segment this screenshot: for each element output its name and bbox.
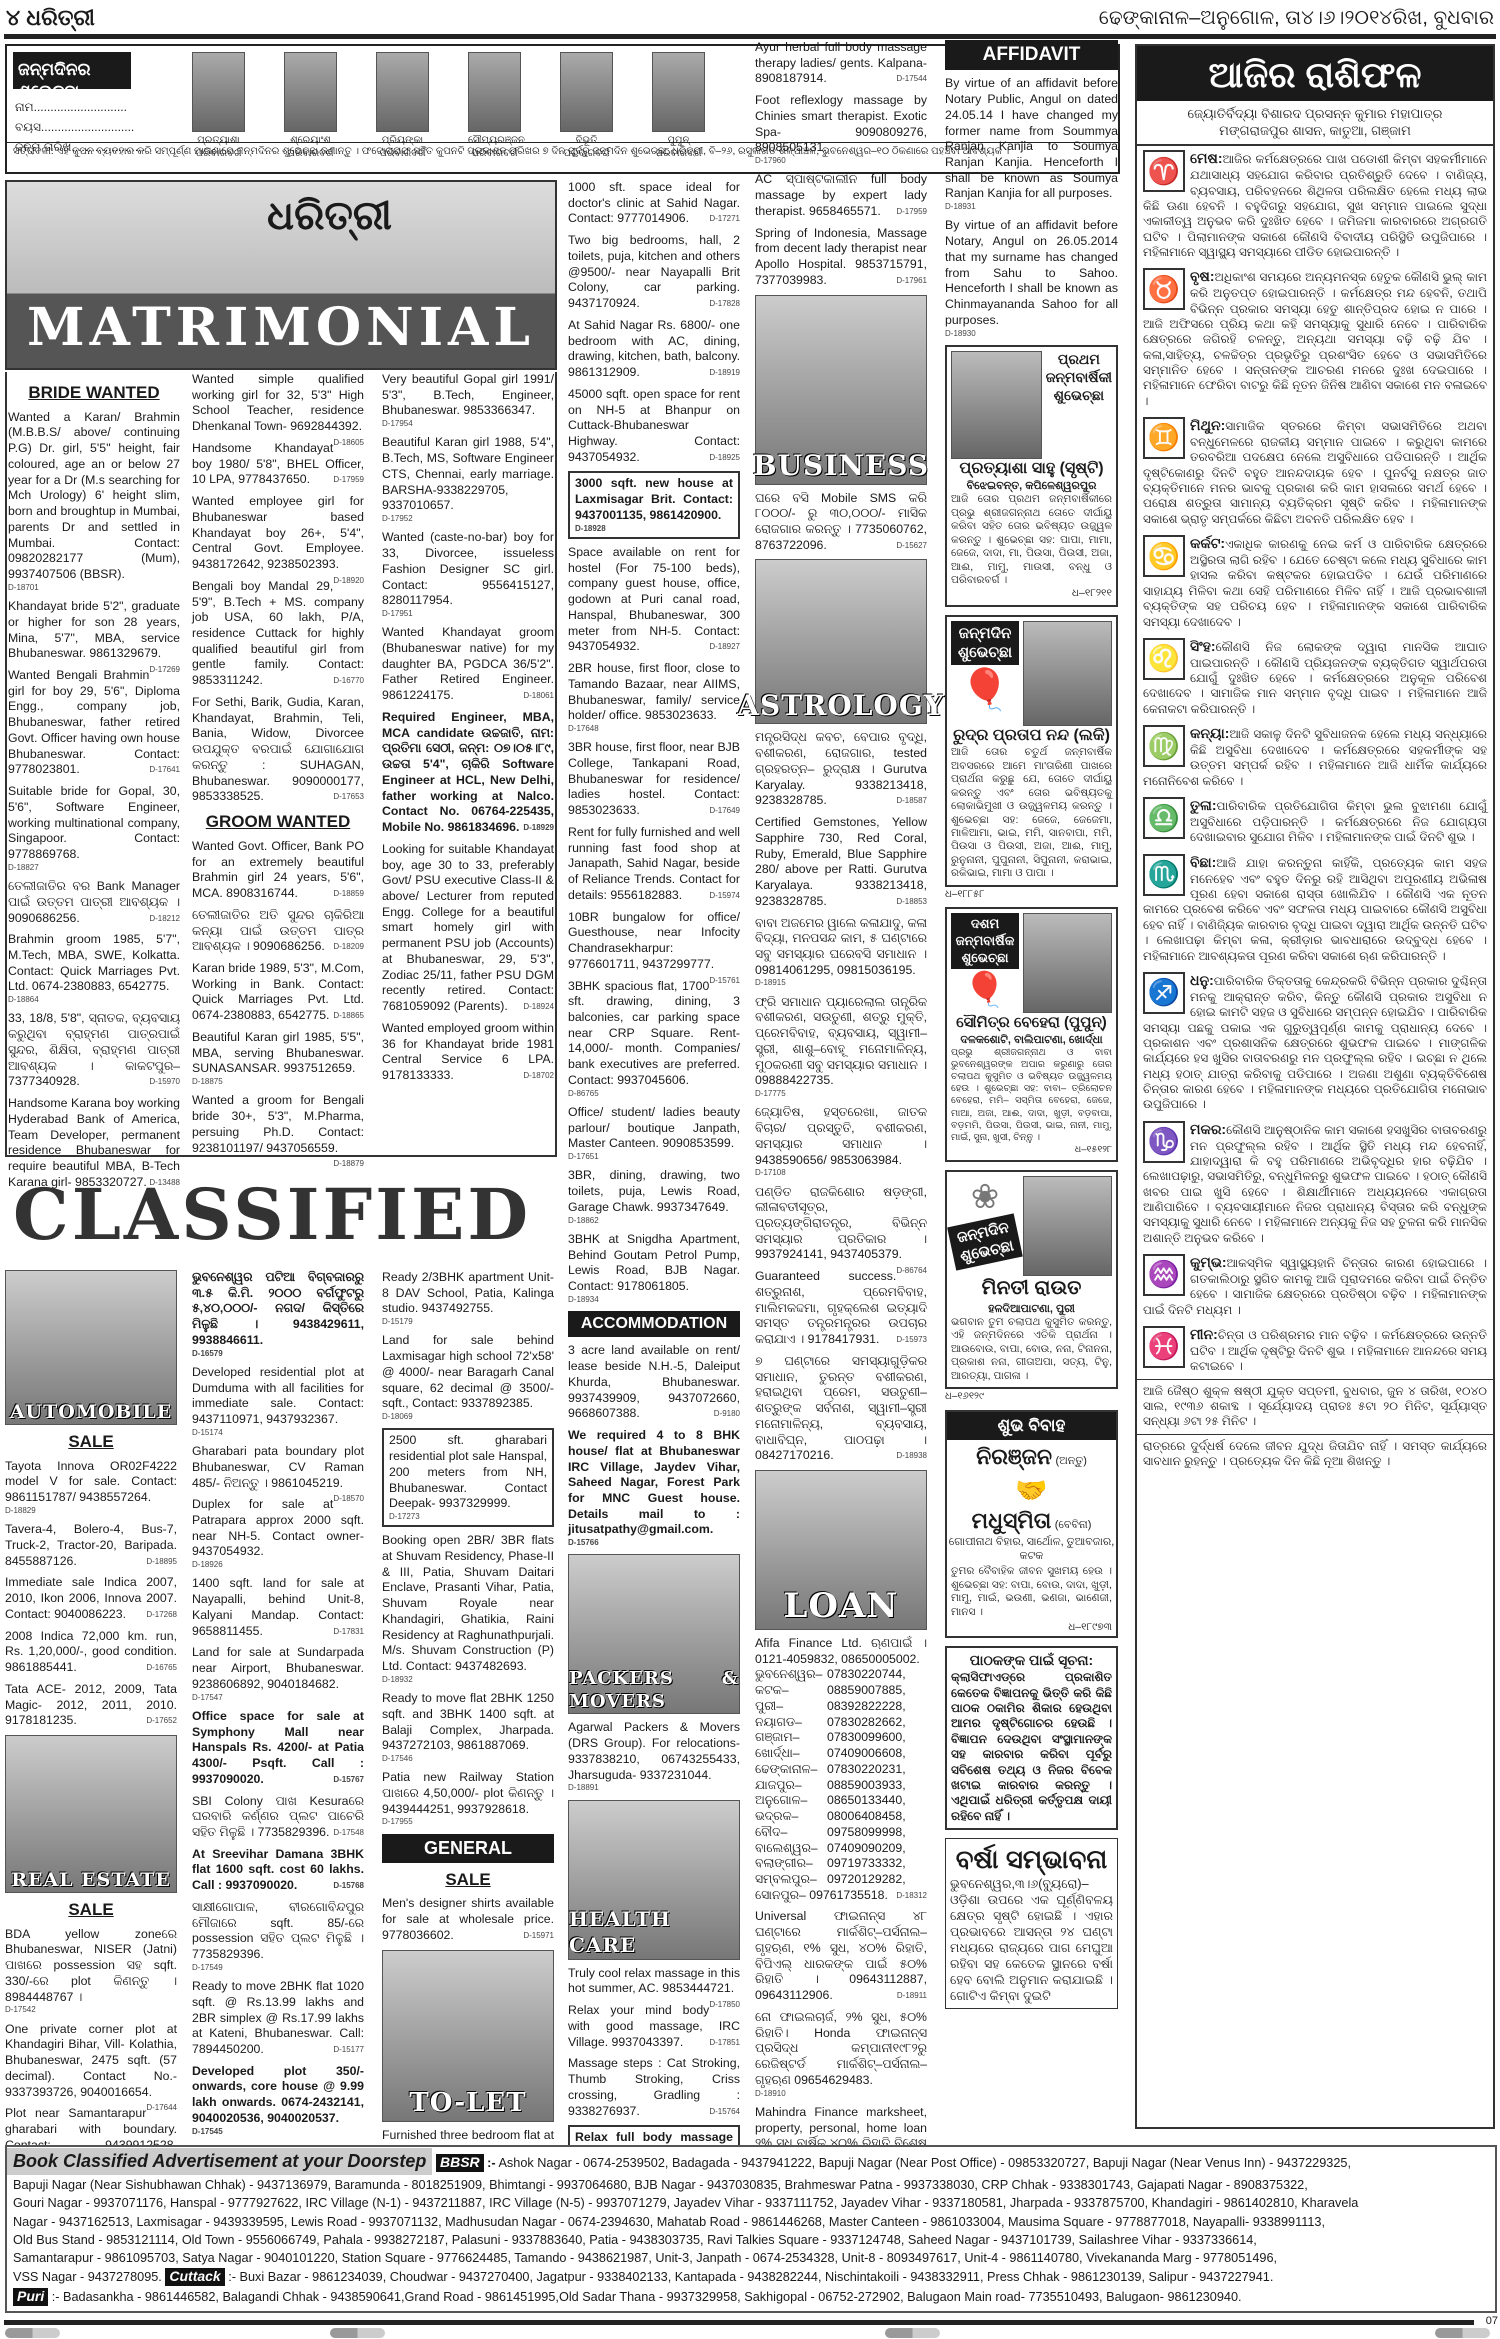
booking-line: Bapuji Nagar (Near Sishubhawan Chhak) - … bbox=[7, 2176, 1495, 2194]
branch-row: ବଲାଙ୍ଗୀର–09719733332, bbox=[755, 1856, 927, 1872]
greeting-card: ❀ଜନ୍ମଦିନ ଶୁଭେଚ୍ଛା ମିନତୀ ରାଉତ ହଳଦିଆପାଟଣା,… bbox=[945, 1170, 1118, 1389]
branch-row: ନୟାଗଡ–07830282662, bbox=[755, 1715, 927, 1731]
classified-ad: Wanted a Karan/ Brahmin (M.B.B.S/ above/… bbox=[8, 410, 180, 593]
booking-heading: Book Classified Advertisement at your Do… bbox=[7, 2148, 432, 2175]
loan-intro: Afifa Finance Ltd. ଋଣପାଇଁ । 0121-4059832… bbox=[755, 1636, 927, 1667]
zodiac-libra: ♎ତୁଳା:ପାରିବାରିକ ପ୍ରତିଯୋଗିତା କିମ୍ବା ଭୁଲ ବ… bbox=[1137, 793, 1493, 850]
classified-ad: Developed plot 350/- onwards, core house… bbox=[192, 2064, 364, 2137]
zodiac-cancer: ♋କର୍କଟ:ଏକାଧିକ କାରଣକୁ ନେଇ କର୍ମ ଓ ପାରିବାରି… bbox=[1137, 531, 1493, 634]
accommodation-heading: ACCOMMODATION bbox=[568, 1311, 740, 1337]
branch-row: ବୌଦ–09758099998, bbox=[755, 1825, 927, 1841]
classified-ad: Tata ACE- 2012, 2009, Tata Magic- 2012, … bbox=[5, 1682, 177, 1729]
classified-ad: Land for sale behind Laxmisagar high sch… bbox=[382, 1333, 554, 1422]
classified-ad: ବାବା ଅଜମେର ୱାଲେ କଳାଯାଦୁ, କଳା ବିଦ୍ୟା, ମନପ… bbox=[755, 916, 927, 989]
classified-ad: One private corner plot at Khandagiri Bi… bbox=[5, 2022, 177, 2101]
greeting-name: ରୁଦ୍ର ପ୍ରତାପ ନନ୍ଦ (ଲକି) bbox=[951, 726, 1112, 746]
matrimonial-column-2: Wanted simple qualified working girl for… bbox=[192, 372, 364, 1170]
person-photo bbox=[1023, 1176, 1112, 1276]
greeting-tag: ଜନ୍ମଦିନ ଶୁଭେଚ୍ଛା bbox=[947, 1213, 1023, 1271]
kid-photo bbox=[560, 52, 613, 132]
notice-title: ପାଠକଙ୍କ ପାଇଁ ସୂଚନା: bbox=[951, 1652, 1112, 1670]
matrimonial-title: MATRIMONIAL bbox=[7, 295, 555, 362]
classified-ad: Duplex for sale at Patrapara approx 2000… bbox=[192, 1497, 364, 1570]
bride-wanted-heading: BRIDE WANTED bbox=[8, 382, 180, 404]
classified-ad: 2BR house, first floor, close to Tamando… bbox=[568, 661, 740, 734]
flats-column: Ready 2/3BHK apartment Unit-8 DAV School… bbox=[382, 1270, 554, 2197]
kid-photo bbox=[468, 52, 521, 132]
greeting-id: ଧ–୧୫୧୨୮ bbox=[951, 1144, 1112, 1156]
horoscope-panel: ଆଜିର ରାଶିଫଳ ଜ୍ୟୋତିର୍ବିଦ୍ୟା ବିଶାରଦ ପ୍ରସନ୍… bbox=[1135, 44, 1495, 2129]
rain-body: ଭୁବନେଶ୍ୱର,୩।୬(ବ୍ୟୁରୋ)– ଓଡ଼ିଶା ଉପରେ ଏକ ଘୂ… bbox=[950, 1876, 1113, 2004]
classified-ad: Brahmin groom 1985, 5'7", M.Tech, MBA, S… bbox=[8, 932, 180, 1005]
greeting-place: ହଳଦିଆପାଟଣା, ପୁରୀ bbox=[951, 1302, 1112, 1316]
libra-icon: ♎ bbox=[1143, 797, 1185, 839]
classified-ad: Gharabari pata boundary plot Bhubaneswar… bbox=[192, 1444, 364, 1491]
classified-ad: Immediate sale Indica 2007, 2010, Ikon 2… bbox=[5, 1575, 177, 1622]
registration-mark bbox=[885, 2328, 940, 2338]
classified-ad: 1000 sft. space ideal for doctor's clini… bbox=[568, 180, 740, 227]
automobile-sale-heading: SALE bbox=[5, 1431, 177, 1453]
classified-ad: 2008 Indica 72,000 km. run, Rs. 1,20,000… bbox=[5, 1629, 177, 1676]
classified-ad: Booking open 2BR/ 3BR flats at Shuvam Re… bbox=[382, 1533, 554, 1685]
pisces-icon: ♓ bbox=[1143, 1326, 1185, 1368]
classified-ad: Khandayat bride 5'2", graduate or higher… bbox=[8, 599, 180, 662]
booking-line: Ashok Nagar - 0674-2539502, Badagada - 9… bbox=[498, 2156, 1351, 2170]
rain-title: ବର୍ଷା ସମ୍ଭାବନା bbox=[950, 1843, 1113, 1876]
notice-body: କ୍ଲାସିଫାଏଡ୍‌ରେ ପ୍ରକାଶିତ କେତେକ ବିଜ୍ଞାପନକୁ… bbox=[951, 1670, 1112, 1824]
classified-ad: We required 4 to 8 BHK house/ flat at Bh… bbox=[568, 1428, 740, 1548]
classified-ad: Looking for suitable Khandayat boy, age … bbox=[382, 842, 554, 1015]
branch-row: ବାଲେଶ୍ୱର–07409090209, bbox=[755, 1841, 927, 1857]
classified-ad: Wanted (caste-no-bar) boy for 33, Divorc… bbox=[382, 530, 554, 619]
classified-ad: At Sreevihar Damana 3BHK flat 1600 sqft.… bbox=[192, 1847, 364, 1894]
wedding-id: ଧ–୧୮୯୭୩ bbox=[947, 1621, 1116, 1636]
classified-ad: ଫ୍ରି ସମାଧାନ ପ୍ୟାରେଲାଲ ତାନ୍ତ୍ରିକ ବଶୀକରଣ, … bbox=[755, 995, 927, 1100]
child-photo bbox=[1023, 621, 1112, 726]
classified-ad: 33, 18/8, 5'8", ସ୍ନାତକ, ବ୍ୟବସାୟ କରୁଥିବା … bbox=[8, 1011, 180, 1090]
greeting-tag: ଦଶମ ଜନ୍ମବାର୍ଷିକ ଶୁଭେଚ୍ଛା bbox=[951, 913, 1019, 969]
zodiac-capricorn: ♑ମକର:କୌଣସି ଆନୁଷ୍ଠାନିକ କାମ ସକାଶେ ହସଖୁସିର … bbox=[1137, 1117, 1493, 1250]
classified-ad-boxed: 3000 sqft. new house at Laxmisagar Brit.… bbox=[568, 471, 740, 538]
classified-ad: Suitable bride for Gopal, 30, 5'6", Soft… bbox=[8, 784, 180, 873]
horoscope-author: ଜ୍ୟୋତିର୍ବିଦ୍ୟା ବିଶାରଦ ପ୍ରସନ୍ନ କୁମାର ମହାପ… bbox=[1137, 101, 1493, 146]
real-estate-image: REAL ESTATE bbox=[5, 1735, 177, 1893]
classified-ad: Wanted a groom for Bengali bride 30+, 5'… bbox=[192, 1093, 364, 1156]
classified-ad: Required Engineer, MBA, MCA candidate ଉଚ… bbox=[382, 710, 554, 836]
classified-ad: ମନ୍ତ୍ରସିଦ୍ଧ କବଚ, ବେପାର ବୃଦ୍ଧି, ବଶୀକରଣ, ର… bbox=[755, 730, 927, 809]
page-label: ୪ ଧରିତ୍ରୀ bbox=[6, 4, 95, 32]
greeting-place: ବିଝେଇବନ୍ତ, କପିଳେଶ୍ୱରପୁର bbox=[951, 479, 1112, 493]
classified-ad: Beautiful Karan girl 1988, 5'4", B.Tech,… bbox=[382, 435, 554, 524]
kid-photo bbox=[376, 52, 429, 132]
classified-ad: Men's designer shirts available for sale… bbox=[382, 1896, 554, 1943]
greeting-card: ପ୍ରଥମ ଜନ୍ମବାର୍ଷିକୀ ଶୁଭେଚ୍ଛା ପ୍ରତ୍ୟାଶା ସା… bbox=[945, 345, 1118, 607]
classified-ad: Wanted Bengali Brahmin girl for boy 29, … bbox=[8, 668, 180, 778]
virgo-icon: ♍ bbox=[1143, 725, 1185, 767]
wedding-card: ଶୁଭ ବିବାହ ନିରଞ୍ଜନ (ଅନ୍ତୁ) 🤝 ମଧୁସ୍ମିତା (ବ… bbox=[945, 1410, 1118, 1639]
capricorn-icon: ♑ bbox=[1143, 1121, 1185, 1163]
classified-ad: 10BR bungalow for office/ Guesthouse, ne… bbox=[568, 910, 740, 973]
bride-nick: (ବେବିନା) bbox=[1055, 1519, 1092, 1531]
age-field[interactable]: ବୟସ............................ bbox=[15, 120, 134, 135]
classified-ad: ତେଲୀଜାତିର ଅତି ସୁନ୍ଦର ଚାକିରିଆ କନ୍ୟା ପାଇଁ … bbox=[192, 908, 364, 955]
booking-line: Gouri Nagar - 9937071176, Hanspal - 9777… bbox=[7, 2194, 1495, 2212]
classified-ad: Wanted Govt. Officer, Bank PO for an ext… bbox=[192, 839, 364, 902]
matrimonial-column-3: Very beautiful Gopal girl 1991/ 5'3", B.… bbox=[382, 372, 554, 1090]
classified-ad: ଘରେ ବସି Mobile SMS କରି ୮୦୦୦/- ରୁ ୩୦,୦୦୦/… bbox=[755, 491, 927, 554]
classified-ad: Office space for sale at Symphony Mall n… bbox=[192, 1709, 364, 1788]
bride-name: ମଧୁସ୍ମିତା bbox=[972, 1508, 1052, 1533]
leo-icon: ♌ bbox=[1143, 638, 1185, 680]
zodiac-taurus: ♉ବୃଷ:ଅଧିକାଂଶ ସମୟରେ ଅନ୍ୟମନସ୍କ ହେତୁକ କୌଣସି… bbox=[1137, 264, 1493, 413]
zodiac-leo: ♌ସିଂହ:କୌଣସି ନିଜ ଲୋକଙ୍କ ଦ୍ୱାରା ମାନସିକ ଆଘା… bbox=[1137, 634, 1493, 721]
aquarius-icon: ♒ bbox=[1143, 1254, 1185, 1296]
classified-ad: Ready 2/3BHK apartment Unit-8 DAV School… bbox=[382, 1270, 554, 1327]
gemini-icon: ♊ bbox=[1143, 417, 1185, 459]
footer-rule bbox=[4, 2320, 1474, 2325]
rent-column: 1000 sft. space ideal for doctor's clini… bbox=[568, 180, 740, 2236]
greeting-place: ଦଳକଶୋଟି, ବାଲିପାଟଣା, ଖୋର୍ଦ୍ଧା bbox=[951, 1033, 1112, 1047]
classified-ad: Foot reflexlogy massage by Chinies smart… bbox=[755, 93, 927, 166]
classified-ad: Tayota Innova OR02F4222 model V for sale… bbox=[5, 1459, 177, 1516]
greeting-message: ଆଜି ତୋର ପ୍ରଥମ ଜନ୍ମବାର୍ଷିକୀରେ ପ୍ରଭୁ ଶ୍ରୀଜ… bbox=[951, 493, 1112, 587]
classified-ad: ଭୁବନେଶ୍ୱର ପଟିଆ ବିଗ୍‌ବଜାରରୁ ୩.୫ କି.ମି. ୨୦… bbox=[192, 1270, 364, 1359]
horoscope-footer-text: ରାତ୍ରରେ ଦୁର୍ଦ୍ଧର୍ଷ ଦେଲେ ଜୀବନ ଯୁଦ୍ଧ ଜିତାଯ… bbox=[1137, 1434, 1493, 1474]
greeting-name: ପ୍ରତ୍ୟାଶା ସାହୁ (ସୃଷ୍ଟି) bbox=[951, 459, 1112, 479]
classified-ad: At Sahid Nagar Rs. 6800/- one bedroom wi… bbox=[568, 318, 740, 381]
booking-line: Samantarapur - 9861095703, Satya Nagar -… bbox=[7, 2249, 1495, 2267]
greeting-card: ଜନ୍ମଦିନ ଶୁଭେଚ୍ଛା🎈 ରୁଦ୍ର ପ୍ରତାପ ନନ୍ଦ (ଲକି… bbox=[945, 615, 1118, 887]
booking-line: VSS Nagar - 9437278095. bbox=[13, 2270, 162, 2284]
coupon-title: ଜନ୍ମଦିନର ଶୁଭେଚ୍ଛା bbox=[13, 52, 131, 89]
loan-branches: Afifa Finance Ltd. ଋଣପାଇଁ । 0121-4059832… bbox=[755, 1636, 927, 1903]
rain-forecast: ବର୍ଷା ସମ୍ଭାବନା ଭୁବନେଶ୍ୱର,୩।୬(ବ୍ୟୁରୋ)– ଓଡ… bbox=[945, 1838, 1118, 2009]
registration-mark bbox=[330, 2328, 385, 2338]
classified-ad: Ready to move 2BHK flat 1020 sqft. @ Rs.… bbox=[192, 1979, 364, 2058]
affidavit-column: AFFIDAVIT By virtue of an affidavit befo… bbox=[945, 40, 1118, 2017]
astrology-image: ASTROLOGY bbox=[755, 559, 927, 724]
classified-ad: Rent for fully furnished and well runnin… bbox=[568, 825, 740, 904]
groom-name: ନିରଞ୍ଜନ bbox=[976, 1444, 1052, 1469]
classified-ad: Wanted simple qualified working girl for… bbox=[192, 372, 364, 435]
services-column: Ayur herbal full body massage therapy la… bbox=[755, 40, 927, 2205]
classified-ad: Karan bride 1989, 5'3", M.Com, Working i… bbox=[192, 961, 364, 1024]
classified-ad: Patia new Railway Station ପାଖରେ 4,50,000… bbox=[382, 1770, 554, 1827]
flowers-icon: ❀ bbox=[951, 1176, 1019, 1220]
zodiac-gemini: ♊ମିଥୁନ:ସାମାଜିକ ସ୍ତରରେ କିମ୍ବା ସଭାସମିତିରେ … bbox=[1137, 413, 1493, 531]
greeting-message: ଆଜି ତୋର ଚତୁର୍ଥ ଜନ୍ମବାର୍ଷିକ ଅବସରରେ ଆମେ ମା… bbox=[951, 746, 1112, 880]
classified-ad: Wanted employed groom within 36 for Khan… bbox=[382, 1021, 554, 1084]
greeting-message: ପ୍ରଭୁ ଶ୍ରୀଜଗନ୍ନାଥ ଓ ବାବା ଭୁବନେଶ୍ୱରଙ୍କ ଅପ… bbox=[951, 1047, 1112, 1144]
aries-icon: ♈ bbox=[1143, 150, 1185, 192]
zodiac-aquarius: ♒କୁମ୍ଭ:ଆକସ୍ମିକ ସ୍ୱାସ୍ଥ୍ୟହାନି ଚିନ୍ତାର କାର… bbox=[1137, 1250, 1493, 1322]
greeting-name: ମିନତୀ ରାଉତ bbox=[951, 1276, 1112, 1302]
greeting-name: ସୌମିତ୍ର ବେହେରା (ପୁପୁନ୍) bbox=[951, 1013, 1112, 1032]
balloons-icon: 🎈 bbox=[951, 969, 1019, 1013]
classified-ad: Guaranteed success. ଶତ୍ରୁନାଶ, ପ୍ରେମବିବାହ… bbox=[755, 1269, 927, 1348]
classified-ad: Universal ଫାଇନାନ୍ସ ୪୮ ଘଣ୍ଟାରେ ମାର୍କଶିଟ୍–… bbox=[755, 1909, 927, 2003]
greeting-tag: ପ୍ରଥମ ଜନ୍ମବାର୍ଷିକୀ ଶୁଭେଚ୍ଛା bbox=[1046, 351, 1112, 459]
land-sale-column: ଭୁବନେଶ୍ୱର ପଟିଆ ବିଗ୍‌ବଜାରରୁ ୩.୫ କି.ମି. ୨୦… bbox=[192, 1270, 364, 2212]
registration-mark bbox=[5, 2328, 60, 2338]
classified-ad: Massage steps : Cat Stroking, Thumb Stro… bbox=[568, 2056, 740, 2119]
horoscope-title: ଆଜିର ରାଶିଫଳ bbox=[1137, 46, 1493, 101]
classified-ad: Bengali boy Mandal 29, 5'9", B.Tech + MS… bbox=[192, 579, 364, 689]
classified-ad: Agarwal Packers & Movers (DRS Group). Fo… bbox=[568, 1720, 740, 1793]
classified-ad: 3BR house, first floor, near BJB College… bbox=[568, 740, 740, 819]
health-care-image: HEALTH CARE bbox=[568, 1800, 740, 1960]
scorpio-icon: ♏ bbox=[1143, 854, 1185, 896]
to-let-image: TO-LET bbox=[382, 1950, 554, 2122]
classified-ad: Wanted employee girl for Bhubaneswar bas… bbox=[192, 494, 364, 573]
puri-label: Puri bbox=[13, 2288, 48, 2306]
balloons-icon: 🎈 bbox=[951, 665, 1019, 716]
classified-ad: By virtue of an affidavit before Notary … bbox=[945, 76, 1118, 212]
classified-ad: Truly cool relax massage in this hot sum… bbox=[568, 1966, 740, 1997]
classified-ad: Beautiful Karan girl 1985, 5'5", MBA, se… bbox=[192, 1030, 364, 1087]
automobile-realestate-column: AUTOMOBILE SALE Tayota Innova OR02F4222 … bbox=[5, 1270, 177, 2175]
classified-ad: 3BR, dining, drawing, two toilets, puja,… bbox=[568, 1168, 740, 1225]
loan-image: LOAN bbox=[755, 1470, 927, 1630]
child-photo bbox=[1023, 913, 1112, 1013]
classified-title: CLASSIFIED bbox=[5, 1170, 557, 1260]
classified-ad: Tavera-4, Bolero-4, Bus-7, Truck-2, Trac… bbox=[5, 1522, 177, 1569]
branch-row: ସୋନପୁର– 09761735518.D-18312 bbox=[755, 1888, 927, 1904]
zodiac-virgo: ♍କନ୍ୟା:ଆଜି ସକାଳୁ ଦିନଟି ସୁବିଧାଜନକ ହେଲେ ମଧ… bbox=[1137, 721, 1493, 793]
kid-photo bbox=[652, 52, 705, 132]
bbsr-label: BBSR bbox=[436, 2154, 484, 2172]
greeting-id: ଧ–୧୮୨୧୧ bbox=[951, 587, 1112, 600]
classified-ad: Land for sale at Sundarpada near Airport… bbox=[192, 1645, 364, 1702]
handshake-icon: 🤝 bbox=[947, 1474, 1116, 1507]
automobile-image: AUTOMOBILE bbox=[5, 1270, 177, 1425]
child-photo bbox=[951, 351, 1042, 459]
classified-ad: ନୋ ଫାଇଲଚାର୍ଜ, ୨% ସୁଧ, ୫୦% ରିହାତି। Honda … bbox=[755, 2010, 927, 2099]
classified-ad: By virtue of an affidavit before Notary,… bbox=[945, 218, 1118, 338]
branch-row: କଟକ–08859007885, bbox=[755, 1683, 927, 1699]
greeting-tag: ଜନ୍ମଦିନ ଶୁଭେଚ୍ଛା bbox=[951, 621, 1019, 665]
classified-ad-boxed: 2500 sft. gharabari residential plot sal… bbox=[382, 1428, 554, 1527]
reader-notice: ପାଠକଙ୍କ ପାଇଁ ସୂଚନା: କ୍ଲାସିଫାଏଡ୍‌ରେ ପ୍ରକା… bbox=[945, 1646, 1118, 1830]
classified-ad: 3BHK spacious flat, 1700 sft. drawing, d… bbox=[568, 979, 740, 1099]
bride-wanted-column: BRIDE WANTED Wanted a Karan/ Brahmin (M.… bbox=[8, 378, 180, 1197]
header-rule bbox=[4, 34, 1496, 39]
zodiac-sagittarius: ♐ଧନୁ:ପାରିବାରିକ ତିକ୍ତତାକୁ କେନ୍ଦ୍ରକରି ବିଭି… bbox=[1137, 968, 1493, 1117]
classified-ad: Office/ student/ ladies beauty parlour/ … bbox=[568, 1105, 740, 1162]
classified-ad: ସାକ୍ଷୀଗୋପାଳ, ବୀରଗୋବିନ୍ଦପୁର ମୌଜାରେ sqft. … bbox=[192, 1900, 364, 1973]
business-image: BUSINESS bbox=[755, 295, 927, 485]
page-number: 07 bbox=[1486, 2314, 1498, 2328]
classified-ad: Two big bedrooms, hall, 2 toilets, puja,… bbox=[568, 233, 740, 312]
classified-ad: ପଣ୍ଡିତ ରାଜକିଶୋର ଷଡ଼ଙ୍ଗୀ, ଲୀଳାବତୀସୂତ୍ର, ପ… bbox=[755, 1185, 927, 1264]
real-estate-sale-heading: SALE bbox=[5, 1899, 177, 1921]
branch-row: ଭଦ୍ରକ–08006408458, bbox=[755, 1809, 927, 1825]
zodiac-pisces: ♓ମୀନ:ଚିନ୍ତା ଓ ପରିଶ୍ରମର ମାନ ବଢ଼ିବ । କର୍ମକ… bbox=[1137, 1322, 1493, 1379]
general-heading: GENERAL bbox=[382, 1834, 554, 1863]
greeting-card: ଦଶମ ଜନ୍ମବାର୍ଷିକ ଶୁଭେଚ୍ଛା🎈 ସୌମିତ୍ର ବେହେରା… bbox=[945, 907, 1118, 1162]
panchang-text: ଆଜି ଜୈଷ୍ଠ ଶୁକ୍ଳ ଷଷ୍ଠୀ ଯୁକ୍ତ ସପ୍ତମୀ, ବୁଧବ… bbox=[1137, 1379, 1493, 1434]
cancer-icon: ♋ bbox=[1143, 535, 1185, 577]
dharitri-logo: ଧରିତ୍ରୀ bbox=[267, 190, 392, 241]
greeting-id: ଧ–୧୬୧୨୯ bbox=[945, 1391, 1118, 1404]
classified-ad: 3BHK at Snigdha Apartment, Behind Goutam… bbox=[568, 1232, 740, 1305]
registration-mark bbox=[1435, 2328, 1490, 2338]
branch-row: ଢେଙ୍କାନାଳ–07830220231, bbox=[755, 1762, 927, 1778]
classified-ad: Space available on rent for hostel (For … bbox=[568, 545, 740, 655]
classified-ad: 3 acre land available on rent/ lease bes… bbox=[568, 1343, 740, 1422]
classified-ad: AC ସ୍ପାଷ୍ଟକାଲୀନ full body massage by exp… bbox=[755, 172, 927, 219]
groom-wanted-heading: GROOM WANTED bbox=[192, 811, 364, 833]
greeting-id: ଧ–୧୮୮୫୮ bbox=[945, 889, 1118, 902]
classified-ad: Developed residential plot at Dumduma wi… bbox=[192, 1365, 364, 1438]
groom-nick: (ଅନ୍ତୁ) bbox=[1055, 1455, 1086, 1467]
name-field[interactable]: ନାମ............................ bbox=[15, 100, 127, 115]
wedding-tag: ଶୁଭ ବିବାହ bbox=[947, 1412, 1116, 1440]
affidavit-heading: AFFIDAVIT bbox=[945, 40, 1118, 70]
booking-line: :- Badasankha - 9861446582, Balagandi Ch… bbox=[52, 2290, 1242, 2304]
taurus-icon: ♉ bbox=[1143, 268, 1185, 310]
wedding-place: ଗୋପୀନାଥ ବିହାର, ସାର୍ଥୋଳ, ତୁଆବଜାର, କଟକ bbox=[947, 1535, 1116, 1563]
cuttack-label: Cuttack bbox=[165, 2268, 224, 2286]
booking-line: Nagar - 9437162513, Laxmisagar - 9439339… bbox=[7, 2213, 1495, 2231]
branch-row: ଯାଜପୁର–08859003933, bbox=[755, 1778, 927, 1794]
classified-ad: Ayur herbal full body massage therapy la… bbox=[755, 40, 927, 87]
classified-ad: 1400 sqft. land for sale at Nayapalli, b… bbox=[192, 1576, 364, 1639]
booking-centres-strip: Book Classified Advertisement at your Do… bbox=[5, 2145, 1497, 2313]
classified-ad: ଜ୍ୟୋତିଷ, ହସ୍ତରେଖା, ଜାତକ ବିଚାର/ ପ୍ରସ୍ତୁତି… bbox=[755, 1105, 927, 1178]
greeting-message: ଭଗବାନ ତୁମ ଚଲାପଥ କୁସୁମିତ କରନ୍ତୁ, ଏହି ଜନ୍ମ… bbox=[951, 1316, 1112, 1383]
zodiac-aries: ♈ମେଷ:ଆଜିର କର୍ମକ୍ଷେତ୍ରରେ ପାଖ ପଡୋଶୀ କିମ୍ବା… bbox=[1137, 146, 1493, 264]
zodiac-scorpio: ♏ବିଛା:ଆଜି ଯାହା କରନ୍ତୁନା କାହିଁକି, ପ୍ରତ୍ୟେ… bbox=[1137, 850, 1493, 968]
general-sale-heading: SALE bbox=[382, 1869, 554, 1891]
classified-ad: Certified Gemstones, Yellow Sapphire 730… bbox=[755, 815, 927, 909]
classified-ad: Ready to move flat 2BHK 1250 sqft. and 3… bbox=[382, 1691, 554, 1764]
branch-row: ଗଞ୍ଜାମ–07830099600, bbox=[755, 1730, 927, 1746]
matrimonial-banner: ଧରିତ୍ରୀ MATRIMONIAL bbox=[5, 180, 557, 370]
classified-ad: ୭ ଘଣ୍ଟାରେ ସମସ୍ୟାଗୁଡ଼ିକର ସମାଧାନ, ତୁରନ୍ତ ବ… bbox=[755, 1354, 927, 1464]
sagittarius-icon: ♐ bbox=[1143, 972, 1185, 1014]
classified-banner: CLASSIFIED bbox=[5, 1170, 557, 1260]
classified-ad: ତେଲୀଜାତିର ବର Bank Manager ପାଇଁ ଉତ୍ତମ ପାତ… bbox=[8, 879, 180, 926]
wedding-message: ତୁମର ବୈବାହିକ ଜୀବନ ସୁଖମୟ ହେଉ । ଶୁଭେଚ୍ଛା ସ… bbox=[947, 1563, 1116, 1621]
kid-photo bbox=[284, 52, 337, 132]
booking-line: Old Bus Stand - 9853121114, Old Town - 9… bbox=[7, 2231, 1495, 2249]
branch-row: ଖୋର୍ଦ୍ଧା–07409006608, bbox=[755, 1746, 927, 1762]
branch-row: ଅନୁଗୋଳ–08650133440, bbox=[755, 1793, 927, 1809]
classified-ad: 45000 sqft. open space for rent on NH-5 … bbox=[568, 387, 740, 466]
classified-ad: For Sethi, Barik, Gudia, Karan, Khandaya… bbox=[192, 695, 364, 805]
branch-row: ସମ୍ବଲପୁର–09720129282, bbox=[755, 1872, 927, 1888]
dateline: ଢେଙ୍କାନାଳ–ଅନୁଗୋଳ, ତା୪।୬।୨୦୧୪ରିଖ, ବୁଧବାର bbox=[1099, 6, 1494, 32]
branch-row: ଭୁବନେଶ୍ୱର–07830220744, bbox=[755, 1667, 927, 1683]
booking-line: :- Buxi Bazar - 9861234039, Choudwar - 9… bbox=[228, 2270, 1273, 2284]
page-header: ୪ ଧରିତ୍ରୀ ଢେଙ୍କାନାଳ–ଅନୁଗୋଳ, ତା୪।୬।୨୦୧୪ରି… bbox=[0, 0, 1500, 50]
classified-ad: Spring of Indonesia, Massage from decent… bbox=[755, 226, 927, 289]
classified-ad: BDA yellow zoneରେ Bhubaneswar, NISER (Ja… bbox=[5, 1927, 177, 2016]
branch-row: ପୁରୀ–08392822228, bbox=[755, 1699, 927, 1715]
kid-photo bbox=[192, 52, 245, 132]
packers-movers-image: PACKERS & MOVERS bbox=[568, 1554, 740, 1714]
classified-ad: Very beautiful Gopal girl 1991/ 5'3", B.… bbox=[382, 372, 554, 429]
classified-ad: Wanted Khandayat groom (Bhubaneswar nati… bbox=[382, 625, 554, 704]
classified-ad: SBI Colony ପାଖ Kesuraରେ ଘରବାରି କର୍ଣ୍ଣର ପ… bbox=[192, 1794, 364, 1841]
